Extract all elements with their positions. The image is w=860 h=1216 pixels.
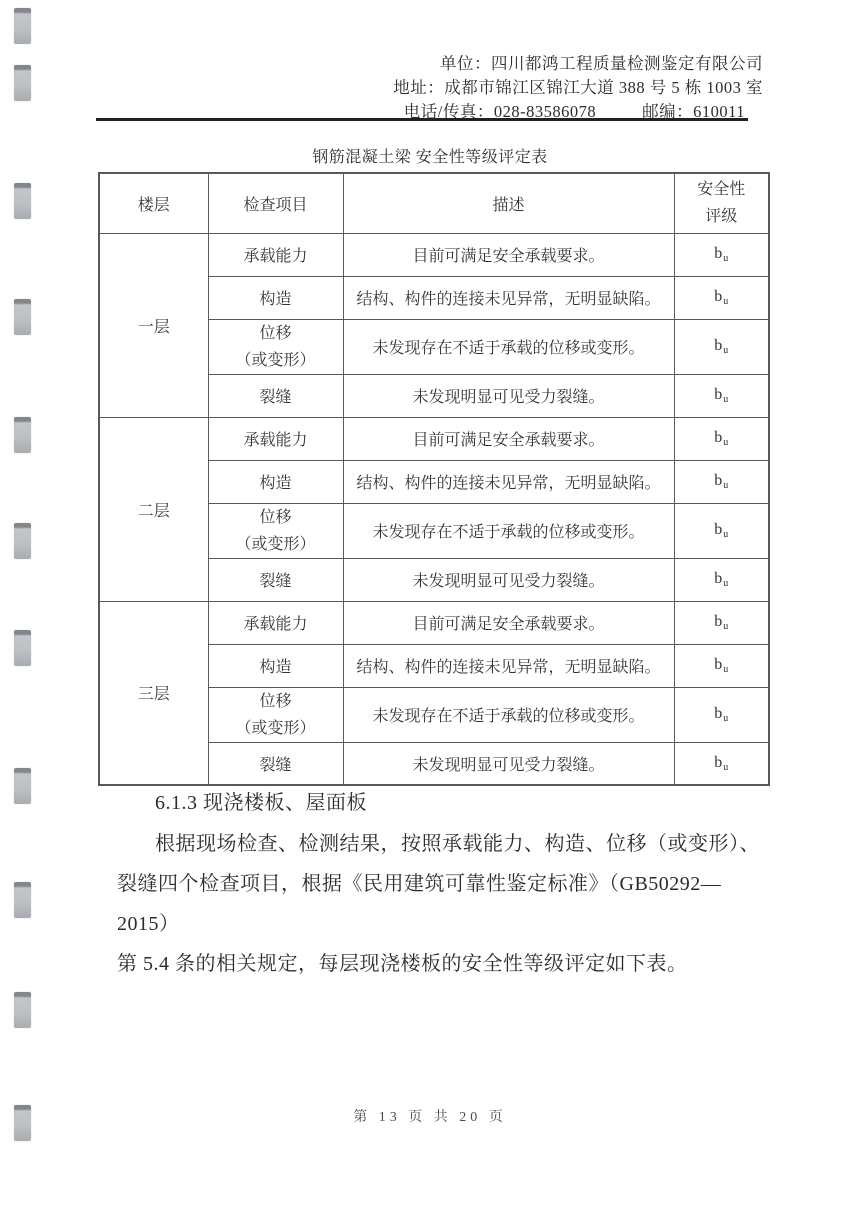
page-number: 第 13 页 共 20 页 xyxy=(0,1106,860,1126)
col-header-floor: 楼层 xyxy=(99,173,208,233)
binding-hole-mark xyxy=(14,417,31,453)
company-header: 单位：四川都鸿工程质量检测鉴定有限公司 地址：成都市锦江区锦江大道 388 号 … xyxy=(383,52,763,124)
rating-cell: bu xyxy=(674,687,769,742)
binding-hole-mark xyxy=(14,768,31,804)
check-item-cell: 位移 （或变形） xyxy=(208,687,343,742)
description-cell: 结构、构件的连接未见异常，无明显缺陷。 xyxy=(343,276,674,319)
check-item-cell: 构造 xyxy=(208,460,343,503)
check-item-cell: 承载能力 xyxy=(208,417,343,460)
check-item-cell: 构造 xyxy=(208,644,343,687)
table-row: 一层 承载能力 目前可满足安全承载要求。 bu xyxy=(99,233,769,276)
rating-cell: bu xyxy=(674,503,769,558)
check-item-cell: 裂缝 xyxy=(208,558,343,601)
table-header-row: 楼层 检查项目 描述 安全性 评级 xyxy=(99,173,769,233)
description-cell: 目前可满足安全承载要求。 xyxy=(343,417,674,460)
check-item-cell: 承载能力 xyxy=(208,233,343,276)
check-item-cell: 裂缝 xyxy=(208,742,343,785)
binding-hole-mark xyxy=(14,630,31,666)
floor-label: 二层 xyxy=(99,417,208,601)
header-divider-line xyxy=(96,118,748,121)
table-row: 三层 承载能力 目前可满足安全承载要求。 bu xyxy=(99,601,769,644)
company-address-line: 地址：成都市锦江区锦江大道 388 号 5 栋 1003 室 xyxy=(383,76,763,100)
floor-label: 三层 xyxy=(99,601,208,785)
binding-hole-mark xyxy=(14,992,31,1028)
binding-hole-mark xyxy=(14,523,31,559)
binding-hole-mark xyxy=(14,183,31,219)
rating-cell: bu xyxy=(674,233,769,276)
binding-hole-mark xyxy=(14,8,31,44)
description-cell: 未发现存在不适于承载的位移或变形。 xyxy=(343,319,674,374)
col-header-safety-rating: 安全性 评级 xyxy=(674,173,769,233)
rating-cell: bu xyxy=(674,601,769,644)
table-row: 二层 承载能力 目前可满足安全承载要求。 bu xyxy=(99,417,769,460)
document-page: 单位：四川都鸿工程质量检测鉴定有限公司 地址：成都市锦江区锦江大道 388 号 … xyxy=(0,0,860,1216)
description-cell: 未发现明显可见受力裂缝。 xyxy=(343,374,674,417)
rating-cell: bu xyxy=(674,742,769,785)
check-item-cell: 位移 （或变形） xyxy=(208,319,343,374)
floor-label: 一层 xyxy=(99,233,208,417)
rating-cell: bu xyxy=(674,460,769,503)
check-item-cell: 构造 xyxy=(208,276,343,319)
binding-hole-mark xyxy=(14,65,31,101)
table-title: 钢筋混凝土梁 安全性等级评定表 xyxy=(0,144,860,167)
binding-hole-mark xyxy=(14,882,31,918)
description-cell: 未发现存在不适于承载的位移或变形。 xyxy=(343,503,674,558)
description-cell: 未发现明显可见受力裂缝。 xyxy=(343,558,674,601)
rating-cell: bu xyxy=(674,417,769,460)
binding-hole-mark xyxy=(14,299,31,335)
description-cell: 结构、构件的连接未见异常，无明显缺陷。 xyxy=(343,460,674,503)
description-cell: 未发现明显可见受力裂缝。 xyxy=(343,742,674,785)
col-header-check-item: 检查项目 xyxy=(208,173,343,233)
rating-cell: bu xyxy=(674,644,769,687)
body-paragraph: 根据现场检查、检测结果，按照承载能力、构造、位移（或变形）、 裂缝四个检查项目，… xyxy=(117,824,772,984)
beam-safety-rating-table: 楼层 检查项目 描述 安全性 评级 一层 承载能力 目前可满足安全承载要求。 b… xyxy=(98,172,770,786)
description-cell: 未发现存在不适于承载的位移或变形。 xyxy=(343,687,674,742)
rating-cell: bu xyxy=(674,374,769,417)
check-item-cell: 裂缝 xyxy=(208,374,343,417)
rating-cell: bu xyxy=(674,558,769,601)
rating-cell: bu xyxy=(674,276,769,319)
description-cell: 目前可满足安全承载要求。 xyxy=(343,601,674,644)
check-item-cell: 位移 （或变形） xyxy=(208,503,343,558)
check-item-cell: 承载能力 xyxy=(208,601,343,644)
description-cell: 结构、构件的连接未见异常，无明显缺陷。 xyxy=(343,644,674,687)
description-cell: 目前可满足安全承载要求。 xyxy=(343,233,674,276)
col-header-description: 描述 xyxy=(343,173,674,233)
rating-cell: bu xyxy=(674,319,769,374)
company-unit-line: 单位：四川都鸿工程质量检测鉴定有限公司 xyxy=(383,52,763,76)
section-heading: 6.1.3 现浇楼板、屋面板 xyxy=(155,786,367,815)
